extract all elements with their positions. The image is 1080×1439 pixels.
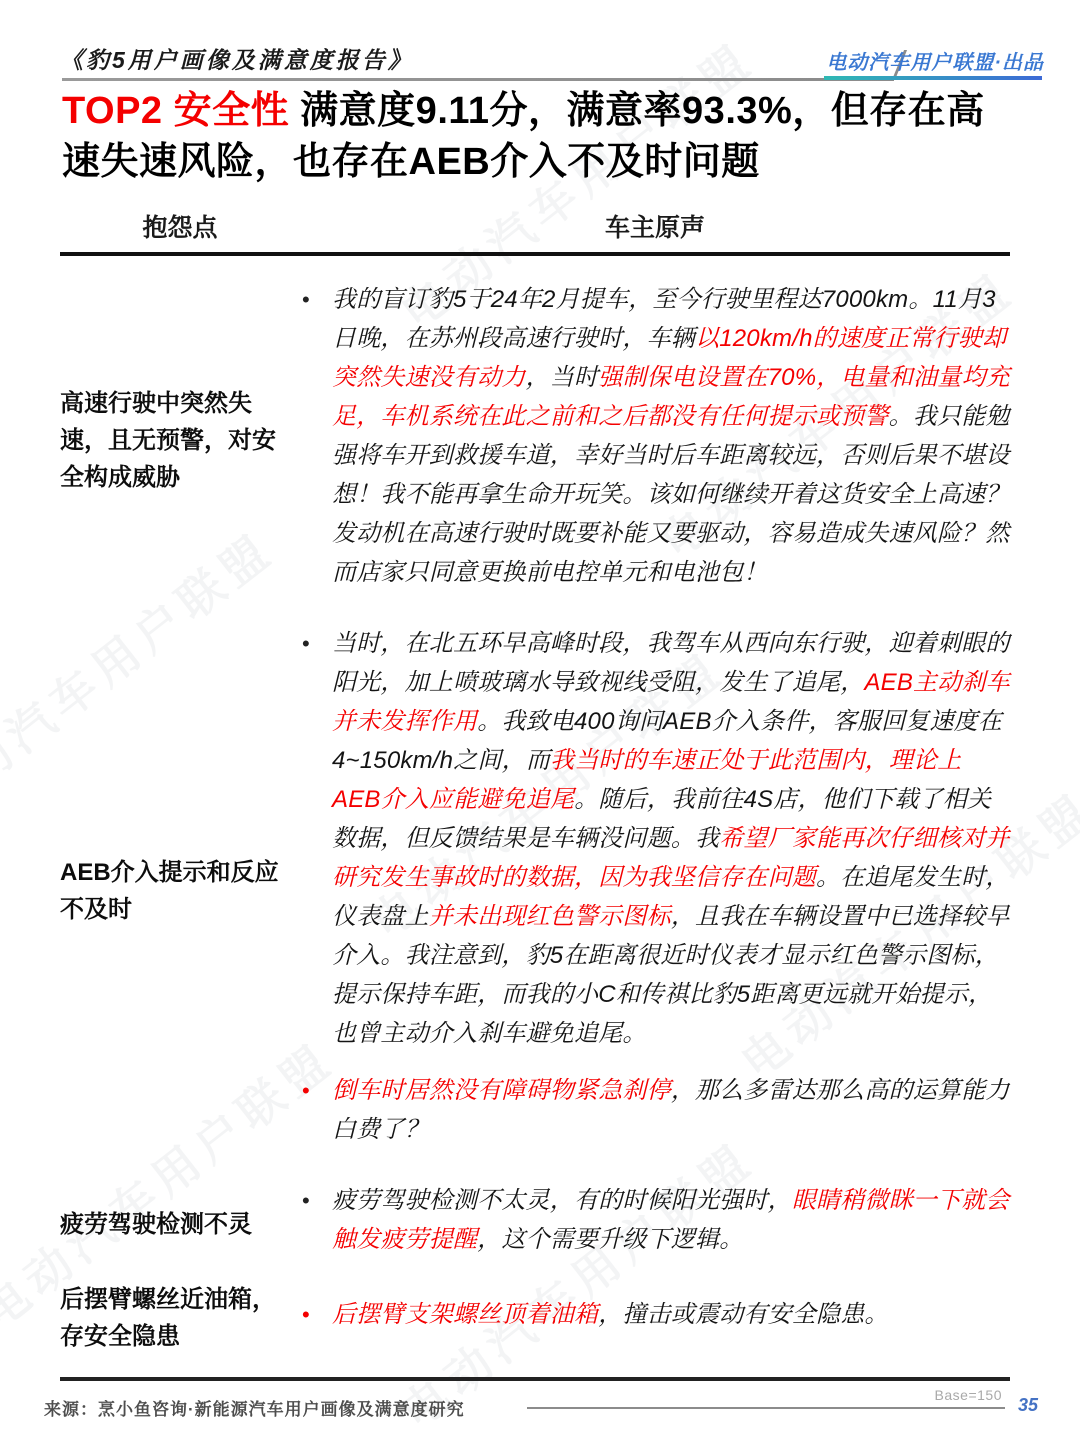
bullet-icon: • <box>298 1071 332 1149</box>
owner-quote: •后摆臂支架螺丝顶着油箱，撞击或震动有安全隐患。 <box>298 1295 1010 1334</box>
complaints-table: 抱怨点 车主原声 高速行驶中突然失速，且无预警，对安全构成威胁•我的盲订豹5于2… <box>60 208 1010 1381</box>
page-title: TOP2 安全性 满意度9.11分，满意率93.3%，但存在高速失速风险，也存在… <box>62 86 1022 188</box>
quote-text: 倒车时居然没有障碍物紧急刹停，那么多雷达那么高的运算能力白费了？ <box>332 1071 1010 1149</box>
table-row: 后摆臂螺丝近油箱，存安全隐患•后摆臂支架螺丝顶着油箱，撞击或震动有安全隐患。 <box>60 1281 1010 1355</box>
owner-quote: •倒车时居然没有障碍物紧急刹停，那么多雷达那么高的运算能力白费了？ <box>298 1071 1010 1149</box>
quote-text: 后摆臂支架螺丝顶着油箱，撞击或震动有安全隐患。 <box>332 1295 1010 1334</box>
owner-quotes: •后摆臂支架螺丝顶着油箱，撞击或震动有安全隐患。 <box>298 1285 1010 1352</box>
table-body: 高速行驶中突然失速，且无预警，对安全构成威胁•我的盲订豹5于24年2月提车，至今… <box>60 256 1010 1381</box>
owner-quotes: •疲劳驾驶检测不太灵，有的时候阳光强时，眼睛稍微眯一下就会触发疲劳提醒，这个需要… <box>298 1171 1010 1277</box>
column-header-complaints: 抱怨点 <box>60 208 300 244</box>
complaint-label: AEB介入提示和反应不及时 <box>60 854 298 928</box>
owner-quotes: •我的盲订豹5于24年2月提车，至今行驶里程达7000km。11月3日晚，在苏州… <box>298 270 1010 610</box>
page-title-highlight: TOP2 安全性 <box>62 90 289 132</box>
quote-text: 疲劳驾驶检测不太灵，有的时候阳光强时，眼睛稍微眯一下就会触发疲劳提醒，这个需要升… <box>332 1181 1010 1259</box>
table-row: 高速行驶中突然失速，且无预警，对安全构成威胁•我的盲订豹5于24年2月提车，至今… <box>60 270 1010 610</box>
table-row: 疲劳驾驶检测不灵•疲劳驾驶检测不太灵，有的时候阳光强时，眼睛稍微眯一下就会触发疲… <box>60 1171 1010 1277</box>
bullet-icon: • <box>298 1181 332 1259</box>
page-footer: 来源：烹小鱼咨询·新能源汽车用户画像及满意度研究 Base=150 35 <box>0 1379 1080 1439</box>
sample-base-label: Base=150 <box>935 1387 1002 1403</box>
report-title: 《豹5用户画像及满意度报告》 <box>60 42 414 75</box>
bullet-icon: • <box>298 1295 332 1334</box>
complaint-label: 疲劳驾驶检测不灵 <box>60 1206 298 1243</box>
footer-divider-line <box>527 1407 1005 1409</box>
page-number: 35 <box>1018 1395 1038 1416</box>
owner-quote: •当时，在北五环早高峰时段，我驾车从西向东行驶，迎着刺眼的阳光，加上喷玻璃水导致… <box>298 624 1010 1053</box>
bullet-icon: • <box>298 280 332 592</box>
source-label: 来源：烹小鱼咨询·新能源汽车用户画像及满意度研究 <box>44 1395 465 1420</box>
quote-text: 当时，在北五环早高峰时段，我驾车从西向东行驶，迎着刺眼的阳光，加上喷玻璃水导致视… <box>332 624 1010 1053</box>
complaint-label: 后摆臂螺丝近油箱，存安全隐患 <box>60 1281 298 1355</box>
quote-text: 我的盲订豹5于24年2月提车，至今行驶里程达7000km。11月3日晚，在苏州段… <box>332 280 1010 592</box>
table-row: AEB介入提示和反应不及时•当时，在北五环早高峰时段，我驾车从西向东行驶，迎着刺… <box>60 614 1010 1167</box>
header-divider-line <box>62 78 894 81</box>
report-page: 电动汽车用户联盟 电动汽车用户联盟 电动汽车用户联盟 电动汽车用户联盟 电动汽车… <box>0 0 1080 1439</box>
owner-quotes: •当时，在北五环早高峰时段，我驾车从西向东行驶，迎着刺眼的阳光，加上喷玻璃水导致… <box>298 614 1010 1167</box>
column-header-voices: 车主原声 <box>300 208 1010 244</box>
bullet-icon: • <box>298 624 332 1053</box>
owner-quote: •疲劳驾驶检测不太灵，有的时候阳光强时，眼睛稍微眯一下就会触发疲劳提醒，这个需要… <box>298 1181 1010 1259</box>
page-header: 《豹5用户画像及满意度报告》 电动汽车用户联盟·出品 <box>60 42 1044 84</box>
table-header-row: 抱怨点 车主原声 <box>60 208 1010 256</box>
owner-quote: •我的盲订豹5于24年2月提车，至今行驶里程达7000km。11月3日晚，在苏州… <box>298 280 1010 592</box>
brand-label: 电动汽车用户联盟·出品 <box>826 46 1044 75</box>
brand-gradient-line <box>824 76 1042 80</box>
complaint-label: 高速行驶中突然失速，且无预警，对安全构成威胁 <box>60 385 298 496</box>
